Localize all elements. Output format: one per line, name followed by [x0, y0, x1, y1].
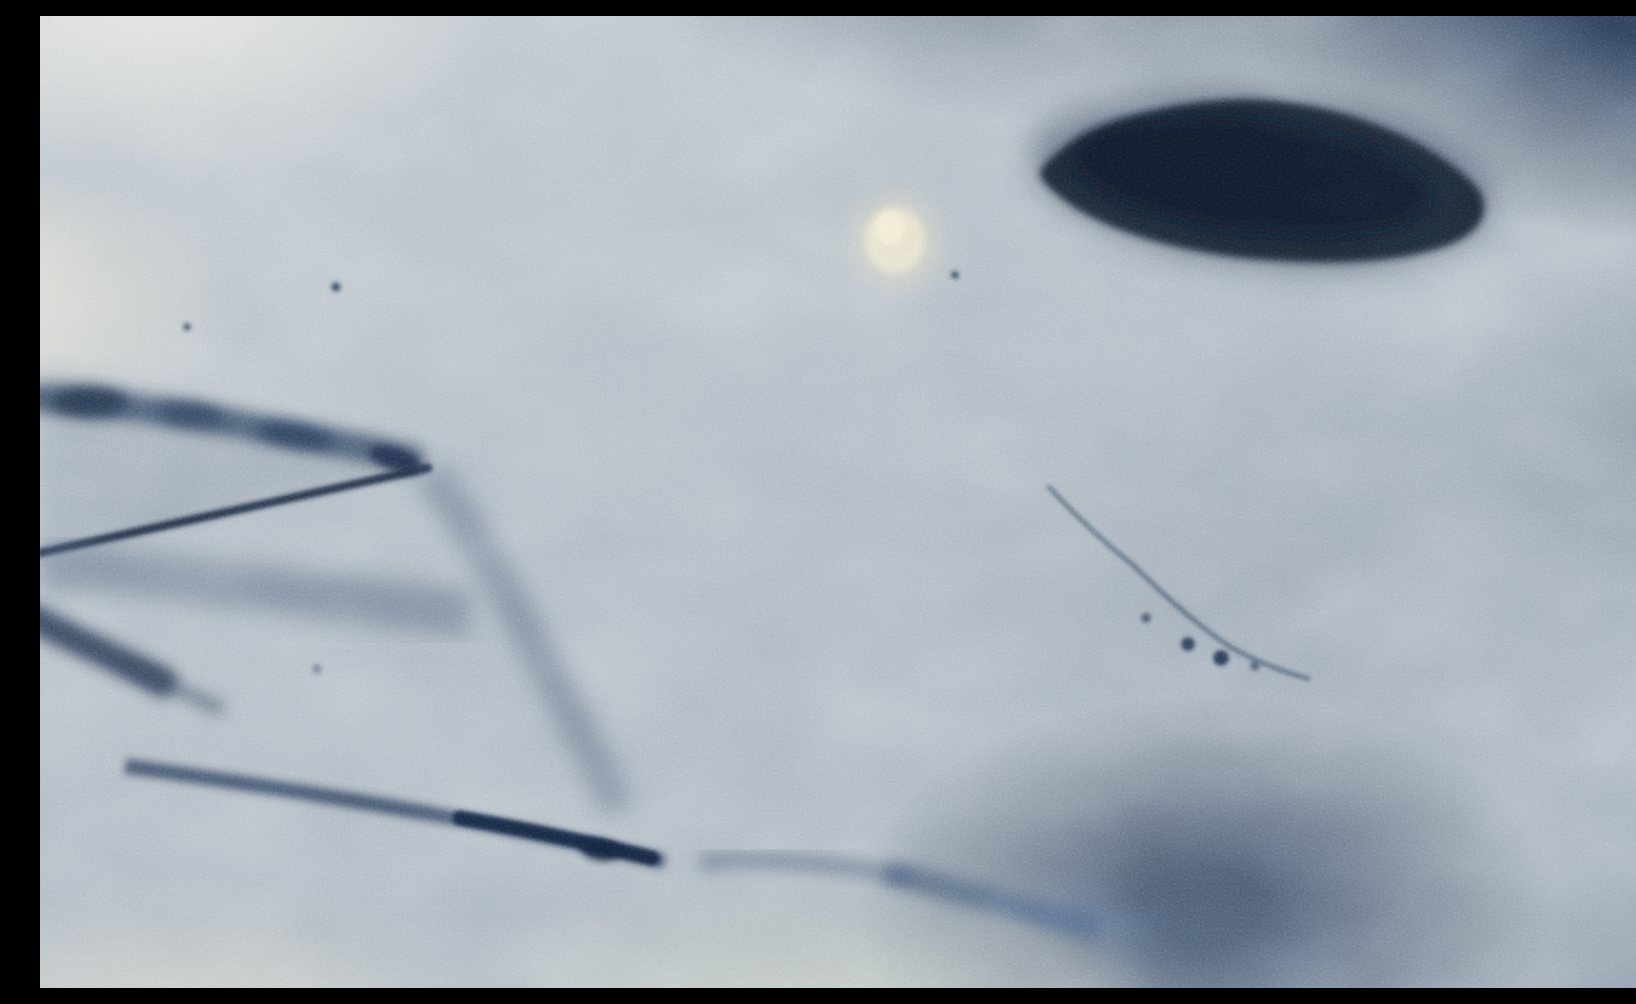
dark-speckle-overlay — [40, 16, 1636, 988]
ufo-photograph — [40, 16, 1636, 988]
dark-speckle-noise — [40, 16, 1636, 988]
